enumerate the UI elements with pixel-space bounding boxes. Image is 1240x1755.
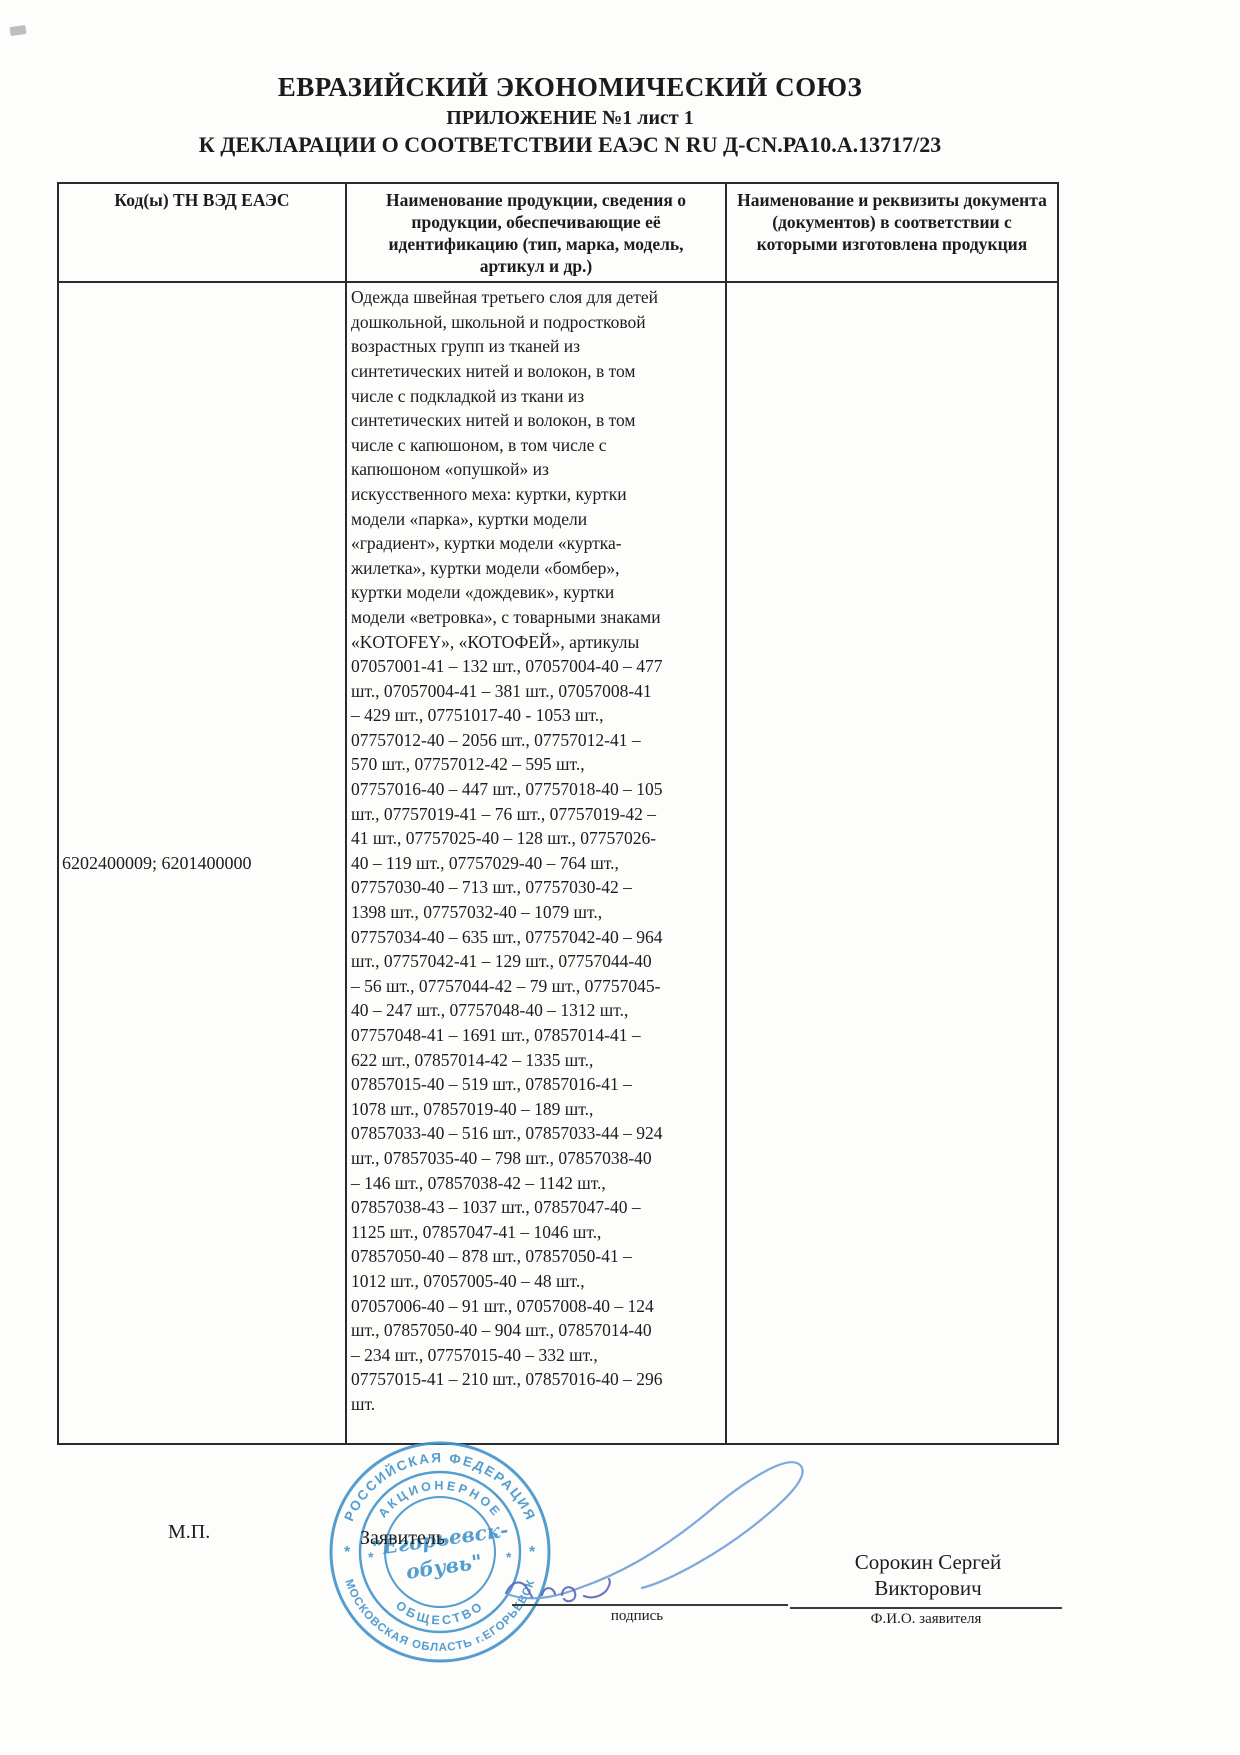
handwritten-signature: [480, 1443, 825, 1613]
signature-caption: подпись: [512, 1608, 762, 1625]
scan-artifact-mark: [9, 25, 26, 36]
document-page: ЕВРАЗИЙСКИЙ ЭКОНОМИЧЕСКИЙ СОЮЗ ПРИЛОЖЕНИ…: [0, 0, 1240, 1755]
svg-text:ОБЩЕСТВО: ОБЩЕСТВО: [393, 1598, 487, 1627]
signature-loop-stroke: [510, 1462, 803, 1598]
tnved-code-cell: 6202400009; 6201400000: [58, 282, 346, 1444]
product-description-cell: Одежда швейная третьего слоя для детей д…: [346, 282, 726, 1444]
signature-line: [512, 1604, 788, 1606]
union-title: ЕВРАЗИЙСКИЙ ЭКОНОМИЧЕСКИЙ СОЮЗ: [40, 72, 1100, 104]
applicant-name-line: [790, 1607, 1062, 1609]
col-header-document-details: Наименование и реквизиты документа (доку…: [726, 183, 1058, 282]
stamp-star-icon: *: [344, 1544, 351, 1561]
appendix-subtitle: ПРИЛОЖЕНИЕ №1 лист 1: [40, 107, 1100, 131]
declaration-number-title: К ДЕКЛАРАЦИИ О СООТВЕТСТВИИ ЕАЭС N RU Д-…: [40, 132, 1100, 158]
document-details-cell: [726, 282, 1058, 1444]
col-header-tnved-code: Код(ы) ТН ВЭД ЕАЭС: [58, 183, 346, 282]
stamp-center-name-line2: обувь": [405, 1549, 484, 1583]
applicant-name: Сорокин Сергей Викторович: [828, 1549, 1028, 1601]
stamp-place-label: М.П.: [168, 1521, 210, 1544]
table-header-row: Код(ы) ТН ВЭД ЕАЭС Наименование продукци…: [58, 183, 1058, 282]
stamp-text-company: ОБЩЕСТВО: [393, 1598, 487, 1627]
document-header: ЕВРАЗИЙСКИЙ ЭКОНОМИЧЕСКИЙ СОЮЗ ПРИЛОЖЕНИ…: [40, 72, 1100, 158]
applicant-name-caption: Ф.И.О. заявителя: [790, 1611, 1062, 1628]
table-row: 6202400009; 6201400000 Одежда швейная тр…: [58, 282, 1058, 1444]
col-header-product-name: Наименование продукции, сведения о проду…: [346, 183, 726, 282]
product-description-text: Одежда швейная третьего слоя для детей д…: [351, 285, 663, 1435]
applicant-label: Заявитель: [360, 1527, 445, 1550]
products-table: Код(ы) ТН ВЭД ЕАЭС Наименование продукци…: [57, 182, 1059, 1445]
